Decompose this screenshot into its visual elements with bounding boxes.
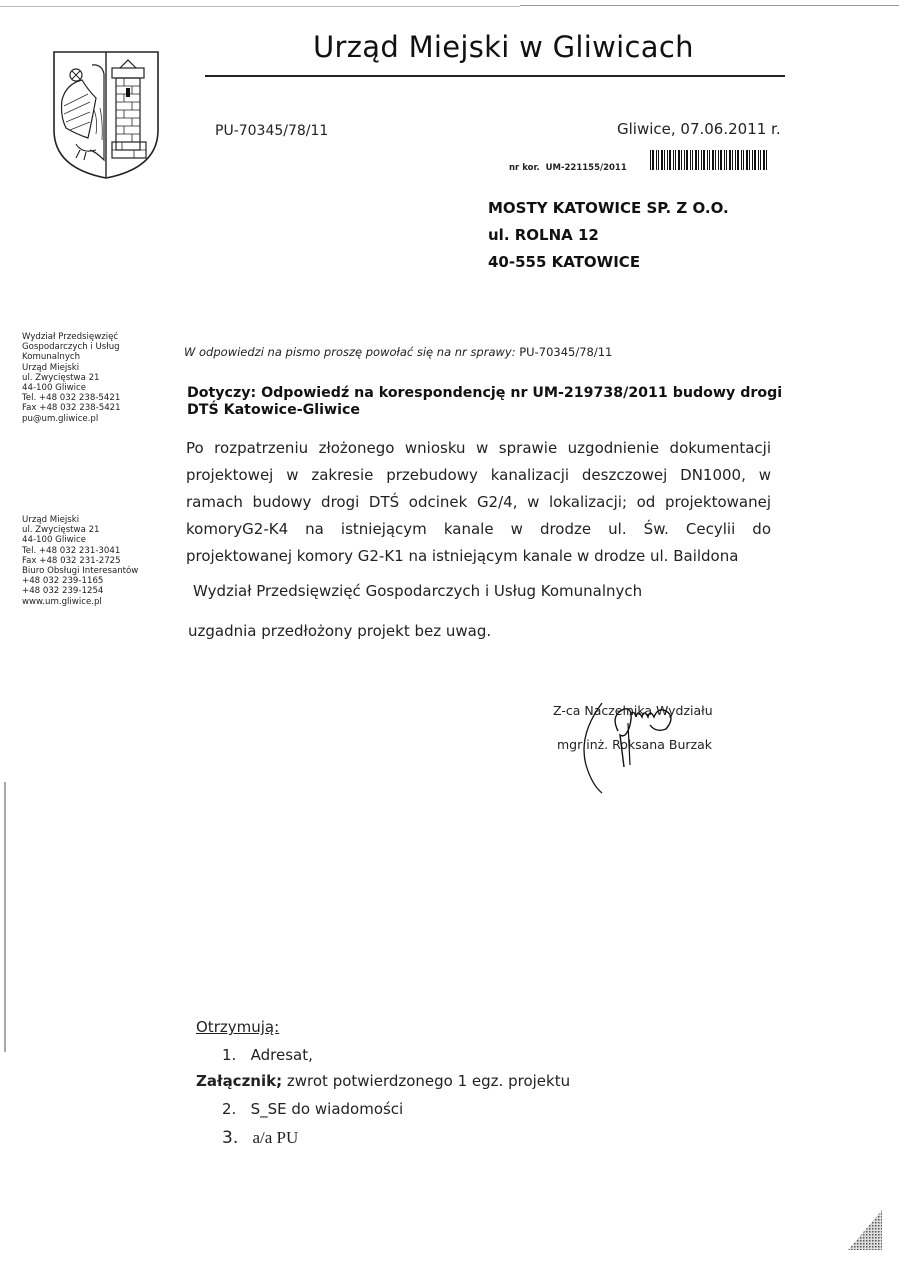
letterhead-rule (205, 75, 785, 77)
item-number: 1. (222, 1046, 236, 1064)
correspondence-number-label: nr kor. (509, 163, 540, 173)
department-line: Wydział Przedsięwzięć Gospodarczych i Us… (193, 582, 642, 600)
correspondence-number: nr kor. UM-221155/2011 (509, 163, 627, 173)
correspondence-number-value: UM-221155/2011 (546, 163, 627, 173)
department-contact-line: 44-100 Gliwice (22, 383, 121, 393)
distribution-item: 3. a/a PU (222, 1128, 298, 1148)
department-contact-line: ul. Zwycięstwa 21 (22, 373, 121, 383)
item-number: 3. (222, 1128, 238, 1148)
distribution-label: Otrzymują: (196, 1018, 279, 1036)
recipient-street: ul. ROLNA 12 (488, 222, 729, 249)
recipient-name: MOSTY KATOWICE SP. Z O.O. (488, 195, 729, 222)
item-text: a/a PU (252, 1128, 298, 1147)
decision-line: uzgadnia przedłożony projekt bez uwag. (188, 622, 491, 640)
recipient-address: MOSTY KATOWICE SP. Z O.O. ul. ROLNA 12 4… (488, 195, 729, 276)
item-number: 2. (222, 1100, 236, 1118)
place-date: Gliwice, 07.06.2011 r. (617, 120, 781, 138)
department-contact-line: Wydział Przedsięwzięć (22, 332, 121, 342)
case-number: PU-70345/78/11 (215, 123, 328, 139)
distribution-item: 2. S_SE do wiadomości (222, 1100, 403, 1118)
attachment-label: Załącznik; (196, 1072, 282, 1090)
department-contact-line: Komunalnych (22, 352, 121, 362)
page-corner-fold-icon (848, 1210, 882, 1250)
recipient-city: 40-555 KATOWICE (488, 249, 729, 276)
item-text: Adresat, (251, 1046, 313, 1064)
letterhead-title: Urząd Miejski w Gliwicach (313, 30, 694, 64)
attachment-line: Załącznik; zwrot potwierdzonego 1 egz. p… (196, 1072, 570, 1090)
barcode-icon (650, 150, 768, 170)
office-contact-line: Biuro Obsługi Interesantów (22, 566, 138, 576)
office-contact-line: www.um.gliwice.pl (22, 597, 138, 607)
department-contact-line: pu@um.gliwice.pl (22, 414, 121, 424)
handwritten-signature-icon (580, 695, 710, 795)
department-contact-block: Wydział PrzedsięwzięćGospodarczych i Usł… (22, 332, 121, 424)
department-contact-line: Gospodarczych i Usług (22, 342, 121, 352)
reply-note-case-number: PU-70345/78/11 (519, 345, 612, 359)
reply-note-text: W odpowiedzi na pismo proszę powołać się… (184, 345, 516, 359)
office-contact-line: Urząd Miejski (22, 515, 138, 525)
body-paragraph: Po rozpatrzeniu złożonego wniosku w spra… (186, 435, 771, 570)
office-contact-line: +48 032 239-1254 (22, 586, 138, 596)
office-contact-line: 44-100 Gliwice (22, 535, 138, 545)
department-contact-line: Fax +48 032 238-5421 (22, 403, 121, 413)
coat-of-arms-icon (52, 50, 160, 180)
office-contact-line: +48 032 239-1165 (22, 576, 138, 586)
office-contact-line: Fax +48 032 231-2725 (22, 556, 138, 566)
scan-edge-line (520, 5, 899, 6)
office-contact-line: ul. Zwycięstwa 21 (22, 525, 138, 535)
scan-margin-line (4, 782, 6, 1052)
attachment-text: zwrot potwierdzonego 1 egz. projektu (287, 1072, 570, 1090)
office-contact-line: Tel. +48 032 231-3041 (22, 546, 138, 556)
department-contact-line: Tel. +48 032 238-5421 (22, 393, 121, 403)
scan-edge-line (0, 6, 520, 7)
distribution-item: 1. Adresat, (222, 1046, 313, 1064)
subject-line: Dotyczy: Odpowiedź na korespondencję nr … (187, 385, 787, 419)
office-contact-block: Urząd Miejskiul. Zwycięstwa 2144-100 Gli… (22, 515, 138, 607)
reply-note: W odpowiedzi na pismo proszę powołać się… (184, 345, 612, 359)
item-text: S_SE do wiadomości (251, 1100, 404, 1118)
department-contact-line: Urząd Miejski (22, 363, 121, 373)
